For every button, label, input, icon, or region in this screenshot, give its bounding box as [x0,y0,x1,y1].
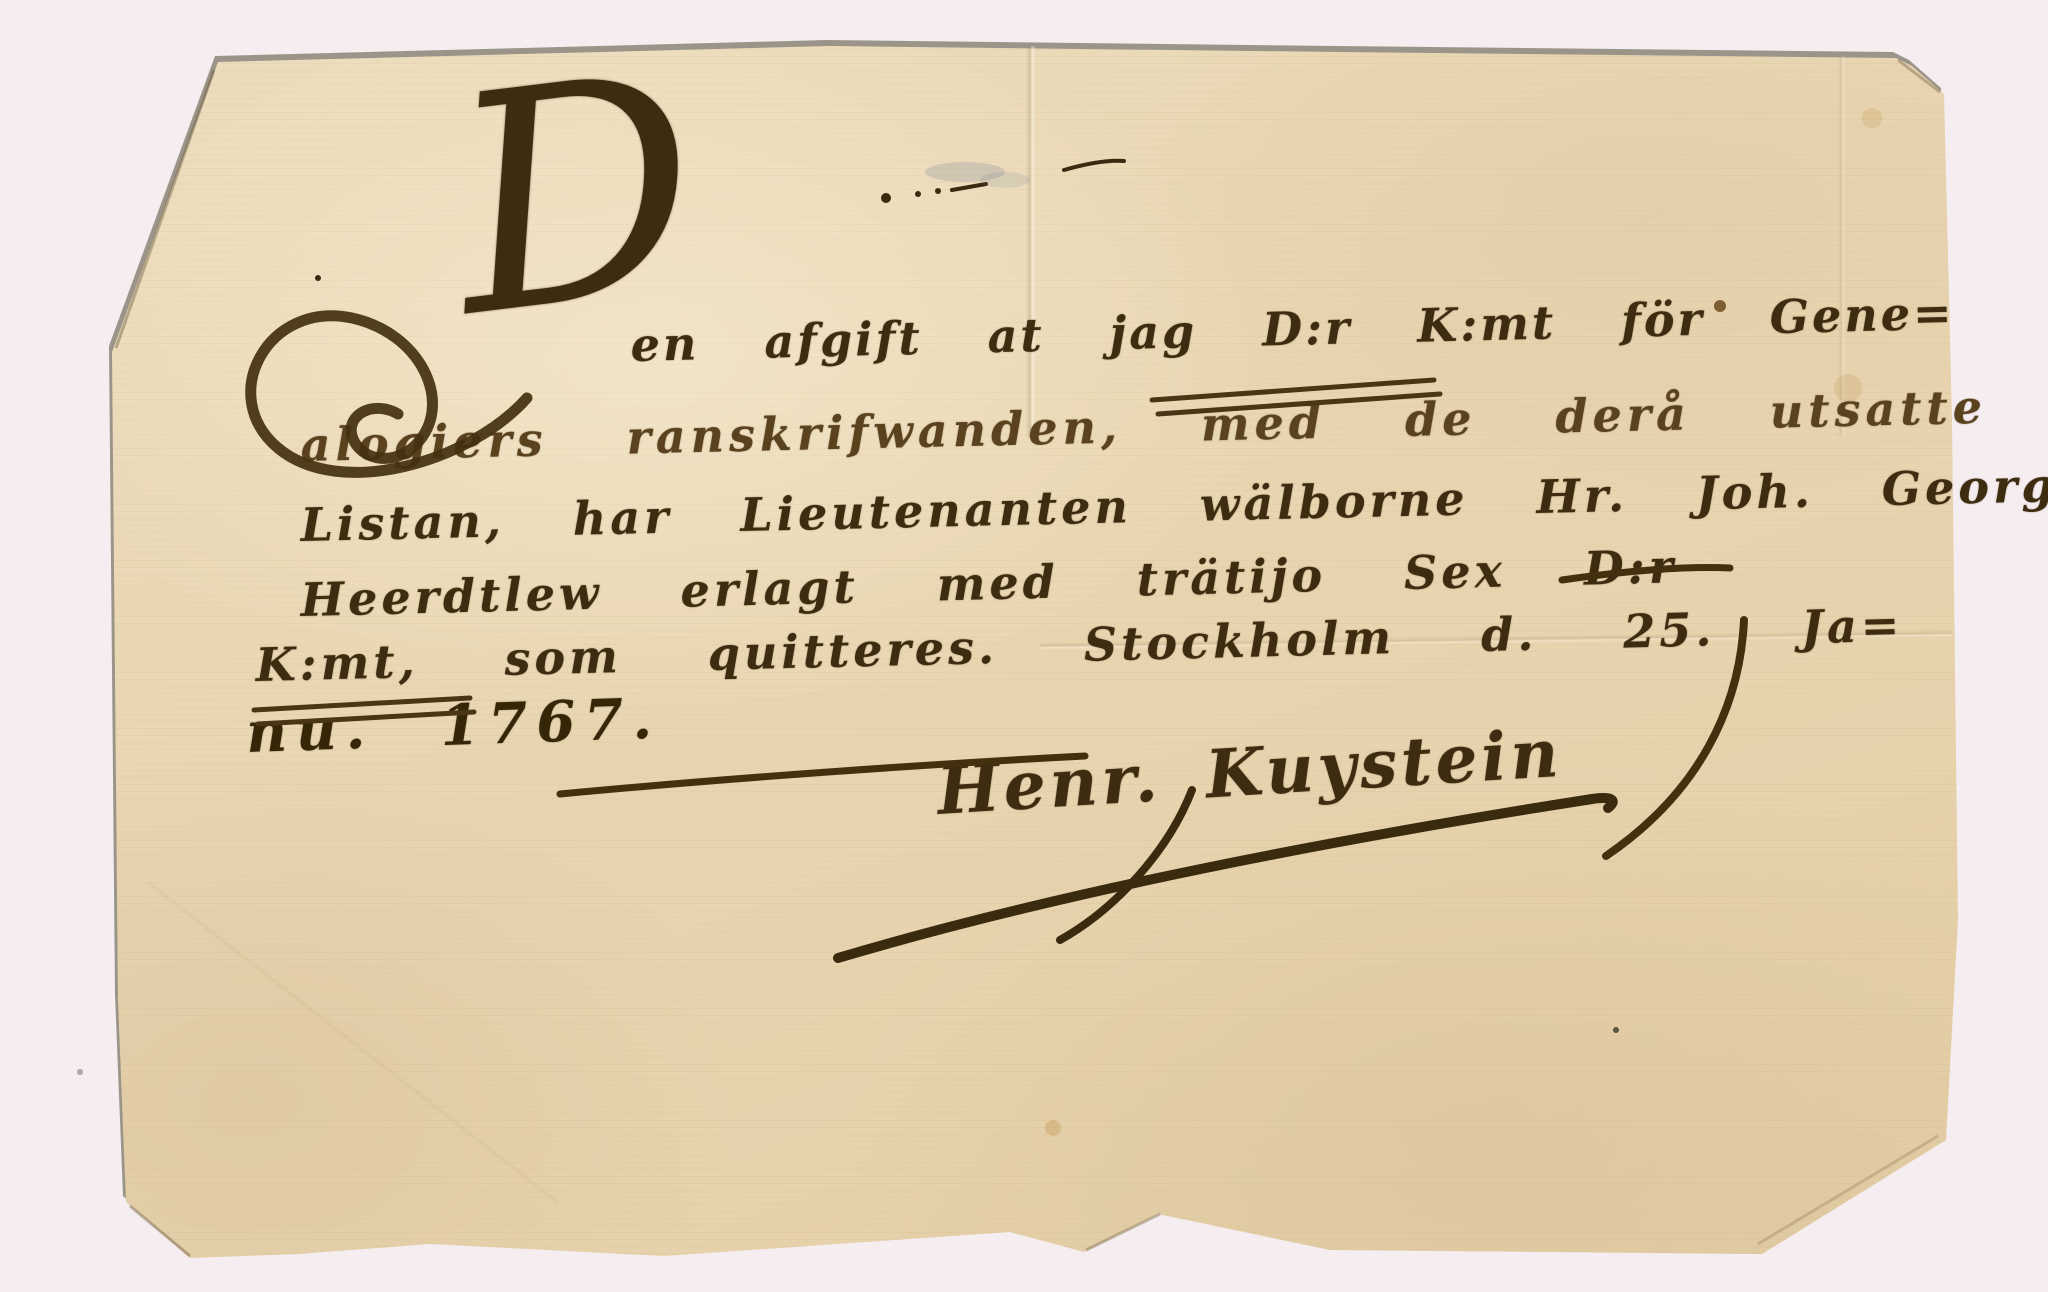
manuscript-initial-d: D [438,33,713,360]
scanned-document-page: D en afgift at jag D:r K:mt för Gene= al… [0,0,2048,1292]
backdrop-speck [77,1069,83,1075]
